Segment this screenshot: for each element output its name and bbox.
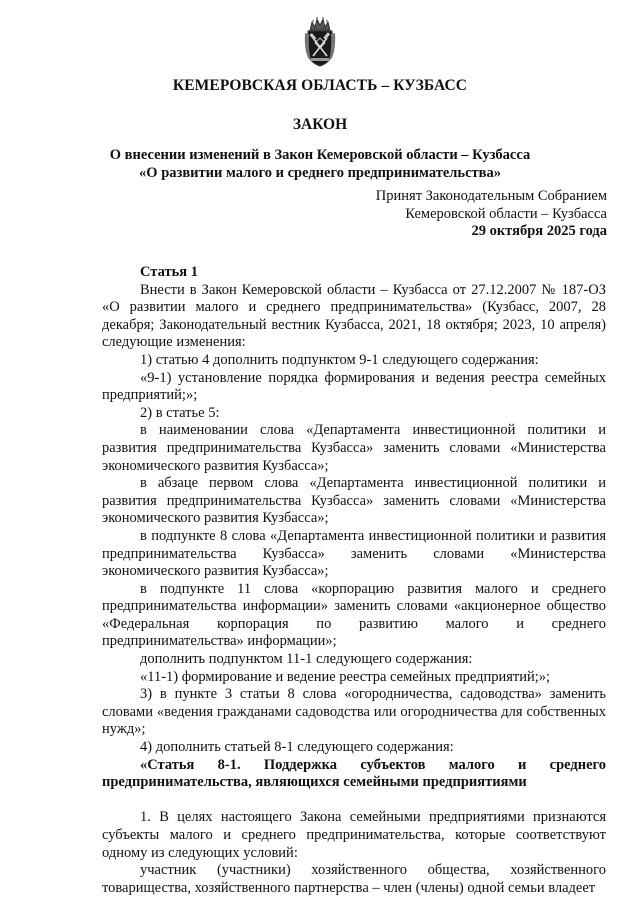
coat-of-arms-icon bbox=[303, 16, 337, 68]
paragraph: «9-1) установление порядка формирования … bbox=[102, 370, 606, 405]
law-subject-line-1: О внесении изменений в Закон Кемеровской… bbox=[0, 146, 640, 164]
document-type: ЗАКОН bbox=[0, 116, 640, 134]
paragraph: в наименовании слова «Департамента инвес… bbox=[102, 422, 606, 475]
adoption-line-1: Принят Законодательным Собранием bbox=[376, 188, 607, 206]
paragraph: 1) статью 4 дополнить подпунктом 9-1 сле… bbox=[102, 352, 606, 370]
paragraph: дополнить подпунктом 11-1 следующего сод… bbox=[102, 651, 606, 669]
paragraph: Внести в Закон Кемеровской области – Куз… bbox=[102, 282, 606, 352]
adoption-line-2: Кемеровской области – Кузбасса bbox=[376, 206, 607, 224]
paragraph: «11-1) формирование и ведение реестра се… bbox=[102, 669, 606, 687]
paragraph: в подпункте 8 слова «Департамента инвест… bbox=[102, 528, 606, 581]
paragraph: 2) в статье 5: bbox=[102, 405, 606, 423]
new-article-heading: «Статья 8-1. Поддержка субъектов малого … bbox=[102, 757, 606, 792]
adoption-date: 29 октября 2025 года bbox=[376, 223, 607, 241]
law-subject-line-2: «О развитии малого и среднего предприним… bbox=[0, 164, 640, 182]
article-title: Статья 1 bbox=[102, 264, 606, 282]
law-subject: О внесении изменений в Закон Кемеровской… bbox=[0, 146, 640, 182]
region-title: КЕМЕРОВСКАЯ ОБЛАСТЬ – КУЗБАСС bbox=[0, 77, 640, 95]
document-body: Статья 1 Внести в Закон Кемеровской обла… bbox=[102, 264, 606, 897]
paragraph: в подпункте 11 слова «корпорацию развити… bbox=[102, 581, 606, 651]
paragraph: в абзаце первом слова «Департамента инве… bbox=[102, 475, 606, 528]
paragraph: 3) в пункте 3 статьи 8 слова «огородниче… bbox=[102, 686, 606, 739]
adoption-block: Принят Законодательным Собранием Кемеров… bbox=[376, 188, 607, 241]
paragraph: 4) дополнить статьей 8-1 следующего соде… bbox=[102, 739, 606, 757]
paragraph: участник (участники) хозяйственного обще… bbox=[102, 862, 606, 897]
paragraph: 1. В целях настоящего Закона семейными п… bbox=[102, 809, 606, 862]
